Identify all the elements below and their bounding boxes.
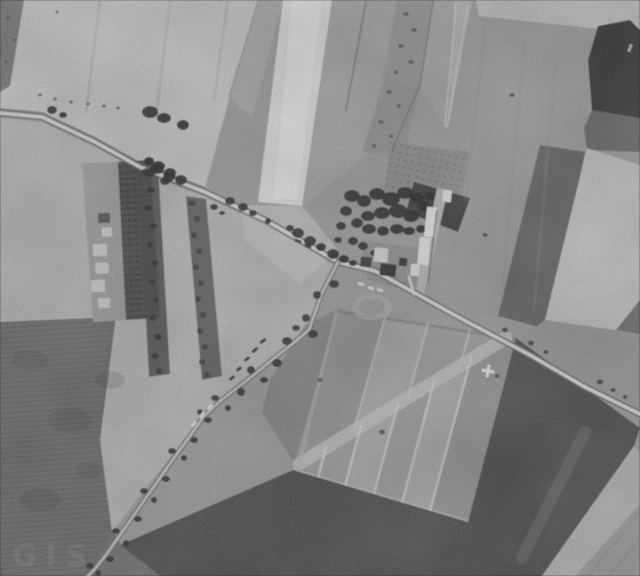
- film-grain-light: [0, 0, 640, 576]
- aerial-photograph: GIS: [0, 0, 640, 576]
- aerial-photo-canvas: GIS: [0, 0, 640, 576]
